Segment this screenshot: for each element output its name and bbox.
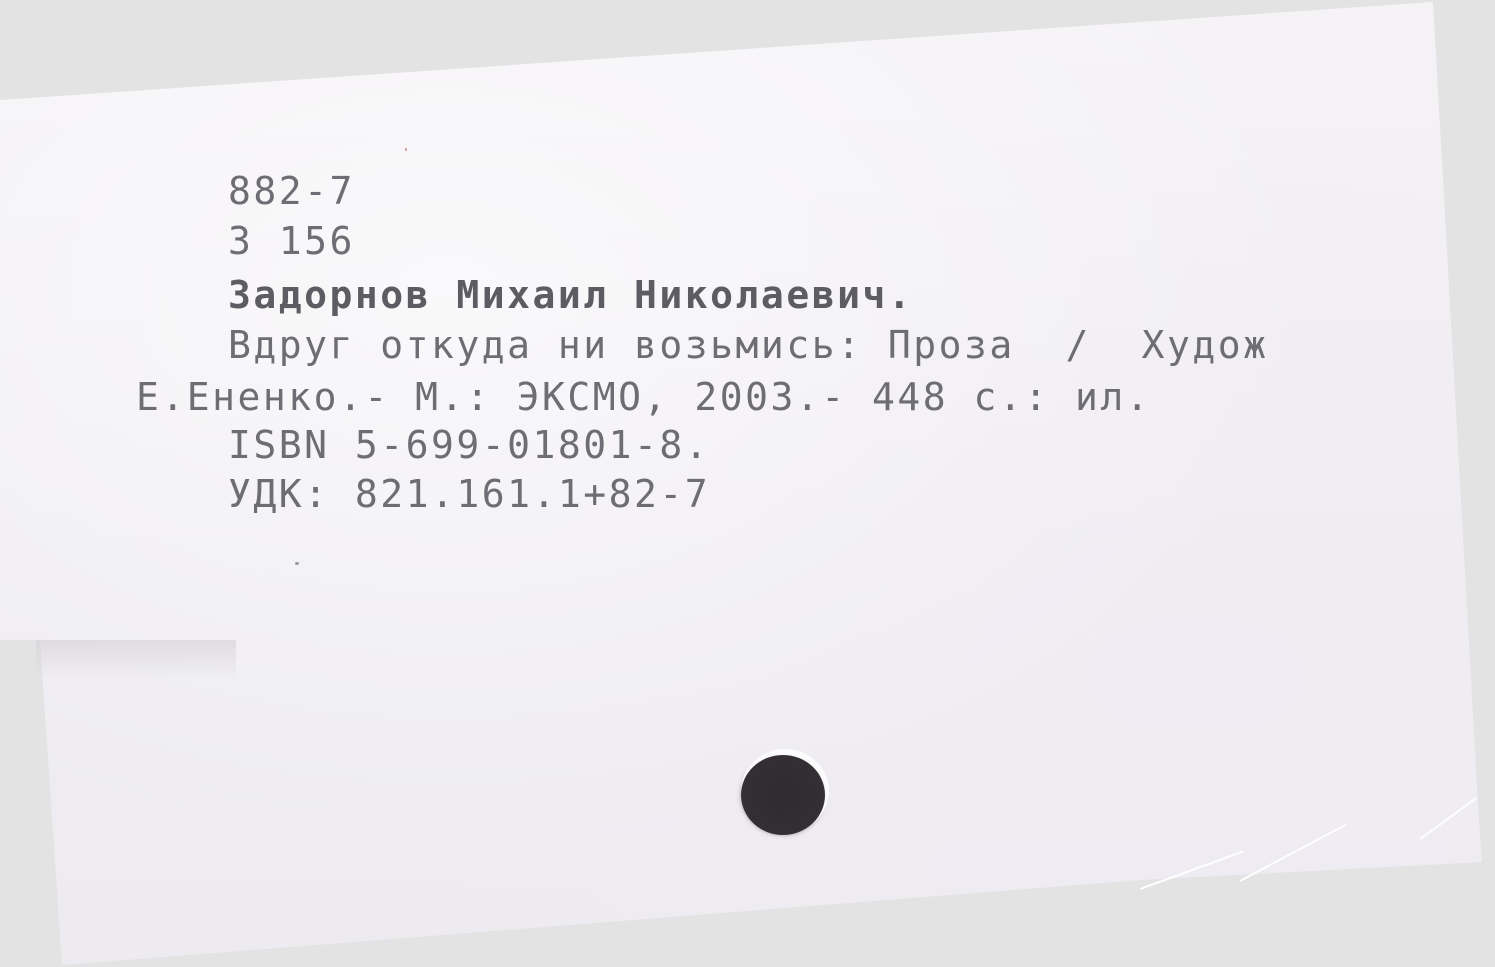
imprint-statement: Е.Ененко.- М.: ЭКСМО, 2003.- 448 с.: ил. [136,378,1151,416]
author-mark: З 156 [228,222,355,260]
print-speck [295,562,299,565]
card-text-block: 882-7 З 156 Задорнов Михаил Николаевич. … [0,0,1495,967]
scan-background: 882-7 З 156 Задорнов Михаил Николаевич. … [0,0,1495,967]
udc-classification: УДК: 821.161.1+82-7 [228,475,710,513]
author-heading: Задорнов Михаил Николаевич. [228,276,913,314]
title-statement: Вдруг откуда ни возьмись: Проза / Худож [228,326,1269,364]
isbn: ISBN 5-699-01801-8. [228,426,710,464]
call-number: 882-7 [228,172,355,210]
punch-hole [741,755,825,835]
